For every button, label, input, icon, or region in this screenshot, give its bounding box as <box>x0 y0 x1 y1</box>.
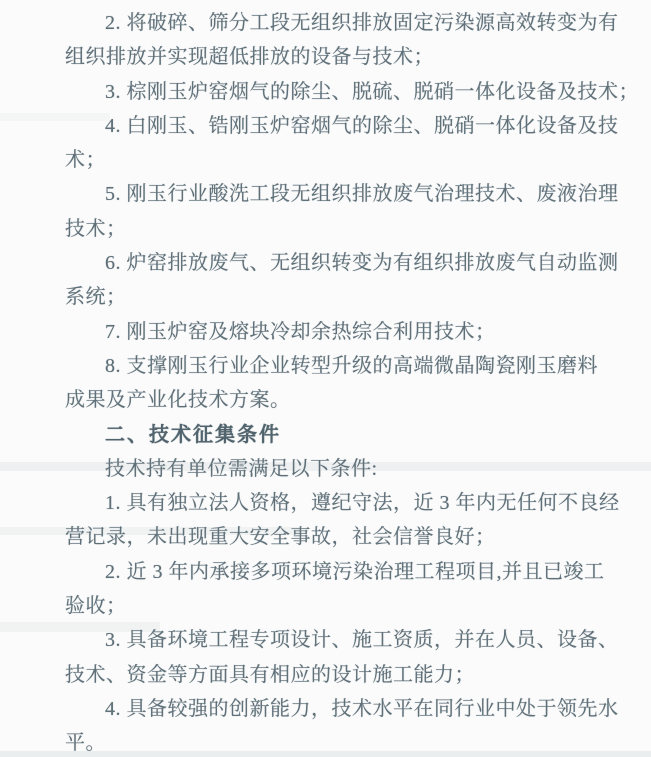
text-line: 技术、资金等方面具有相应的设计施工能力； <box>65 658 605 692</box>
text-line: 组织排放并实现超低排放的设备与技术； <box>65 40 605 74</box>
text-line: 4. 白刚玉、锆刚玉炉窑烟气的除尘、脱硝一体化设备及技 <box>65 109 605 143</box>
text-line: 2. 将破碎、筛分工段无组织排放固定污染源高效转变为有 <box>65 6 605 40</box>
document-body: 2. 将破碎、筛分工段无组织排放固定污染源高效转变为有组织排放并实现超低排放的设… <box>65 6 605 757</box>
section-heading: 二、技术征集条件 <box>65 418 605 452</box>
text-line: 5. 刚玉行业酸洗工段无组织排放废气治理技术、废液治理 <box>65 177 605 211</box>
text-line: 3. 具备环境工程专项设计、施工资质，并在人员、设备、 <box>65 623 605 657</box>
text-line: 术； <box>65 143 605 177</box>
text-line: 6. 炉窑排放废气、无组织转变为有组织排放废气自动监测 <box>65 246 605 280</box>
text-line: 技术持有单位需满足以下条件: <box>65 452 605 486</box>
text-line: 技术； <box>65 212 605 246</box>
scanned-document-page: 2. 将破碎、筛分工段无组织排放固定污染源高效转变为有组织排放并实现超低排放的设… <box>0 0 651 757</box>
text-line: 8. 支撑刚玉行业企业转型升级的高端微晶陶瓷刚玉磨料 <box>65 349 605 383</box>
text-line: 营记录，未出现重大安全事故，社会信誉良好； <box>65 520 605 554</box>
text-line: 4. 具备较强的创新能力，技术水平在同行业中处于领先水 <box>65 692 605 726</box>
text-line: 验收； <box>65 589 605 623</box>
text-line: 2. 近 3 年内承接多项环境污染治理工程项目,并且已竣工 <box>65 555 605 589</box>
text-line: 1. 具有独立法人资格，遵纪守法，近 3 年内无任何不良经 <box>65 486 605 520</box>
text-line: 系统； <box>65 280 605 314</box>
text-line: 7. 刚玉炉窑及熔块冷却余热综合利用技术； <box>65 315 605 349</box>
text-line: 平。 <box>65 726 605 757</box>
text-line: 成果及产业化技术方案。 <box>65 383 605 417</box>
text-line: 3. 棕刚玉炉窑烟气的除尘、脱硫、脱硝一体化设备及技术； <box>65 75 605 109</box>
